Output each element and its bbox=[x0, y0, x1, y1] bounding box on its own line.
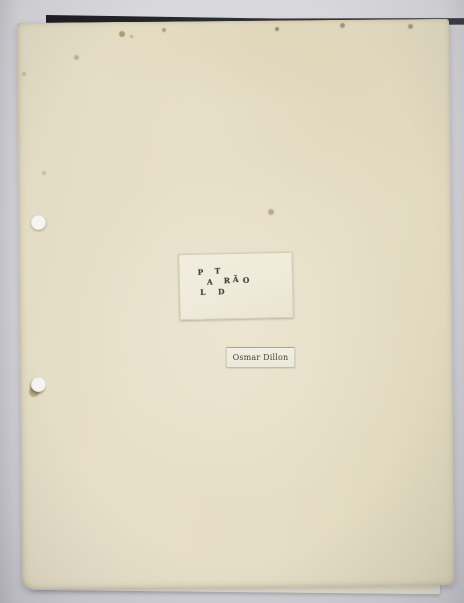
photo-frame: PTARÃOLD Osmar Dillon bbox=[0, 0, 464, 603]
foxing-spot bbox=[268, 209, 274, 215]
poem-letter: D bbox=[218, 288, 225, 296]
poem-letter: T bbox=[215, 267, 221, 275]
foxing-spot bbox=[162, 28, 166, 32]
foxing-spot bbox=[22, 72, 26, 76]
poem-letter: O bbox=[243, 277, 250, 285]
poem-letter: R bbox=[224, 277, 230, 285]
author-label: Osmar Dillon bbox=[226, 347, 295, 367]
foxing-spot bbox=[42, 171, 46, 175]
poem-letter: L bbox=[200, 289, 205, 297]
foxing-spot bbox=[408, 24, 413, 29]
foxing-spot bbox=[275, 27, 279, 31]
foxing-spot bbox=[119, 31, 125, 37]
artifact-layer: PTARÃOLD Osmar Dillon bbox=[0, 0, 464, 603]
foxing-spot bbox=[340, 23, 345, 28]
punch-hole bbox=[31, 215, 46, 230]
punch-hole bbox=[31, 377, 46, 392]
poem-label: PTARÃOLD bbox=[178, 252, 293, 321]
poem-letter: Ã bbox=[233, 276, 239, 284]
author-name: Osmar Dillon bbox=[233, 353, 289, 362]
foxing-spot bbox=[74, 55, 79, 60]
poem-letter: P bbox=[198, 269, 204, 277]
poem-letter: A bbox=[207, 279, 213, 287]
foxing-spot bbox=[130, 35, 133, 38]
